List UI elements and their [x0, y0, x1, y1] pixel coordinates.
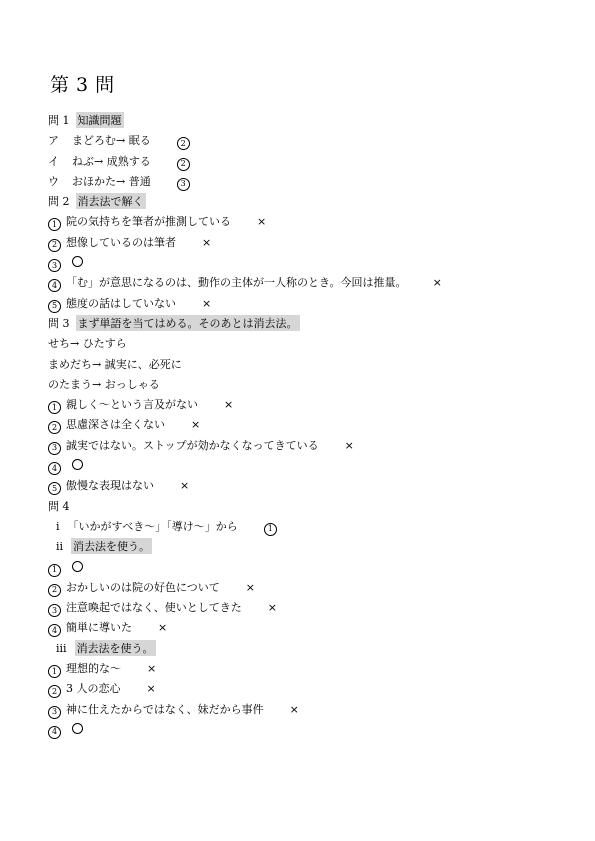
text-line: 問 4 — [48, 497, 585, 517]
line-text: おかしいのは院の好色について — [66, 581, 220, 594]
line-text: 「む」が意思になるのは、動作の主体が一人称のとき。今回は推量。 — [66, 276, 407, 289]
item-number-icon: 4 — [48, 624, 61, 637]
text-line: イねぶ→ 成熟する2 — [48, 152, 585, 172]
highlighted-note: 消去法を使う。 — [75, 640, 156, 656]
text-line: 4 — [48, 720, 585, 740]
text-line: 2想像しているのは筆者× — [48, 233, 585, 253]
line-text: まどろむ→ 眠る — [72, 134, 151, 147]
item-number-icon: 3 — [48, 442, 61, 455]
item-number-icon: 4 — [48, 279, 61, 292]
text-line: のたまう→ おっしゃる — [48, 375, 585, 395]
text-line: 1 — [48, 558, 585, 578]
line-text: 親しく〜という言及がない — [66, 398, 198, 411]
text-line: 5態度の話はしていない× — [48, 294, 585, 314]
line-text: 誠実ではない。ストップが効かなくなってきている — [66, 439, 319, 452]
correct-circle-mark — [72, 723, 83, 734]
line-text: 簡単に導いた — [66, 621, 132, 634]
text-line: iii消去法を使う。 — [48, 639, 585, 659]
text-line: ii消去法を使う。 — [48, 537, 585, 557]
text-line: 2思慮深さは全くない× — [48, 415, 585, 435]
text-line: 1理想的な〜× — [48, 659, 585, 679]
cross-mark: × — [191, 418, 200, 431]
item-number-icon: 5 — [48, 300, 61, 313]
item-number-icon: 1 — [48, 564, 61, 577]
highlighted-note: 消去法で解く — [76, 193, 146, 209]
question-label: 問 3 — [48, 317, 70, 330]
cross-mark: × — [202, 297, 211, 310]
cross-mark: × — [147, 662, 156, 675]
text-line: 4「む」が意思になるのは、動作の主体が一人称のとき。今回は推量。× — [48, 273, 585, 293]
text-line: 3注意喚起ではなく、使いとしてきた× — [48, 598, 585, 618]
line-text: 院の気持ちを筆者が推測している — [66, 215, 231, 228]
item-number-icon: 1 — [48, 665, 61, 678]
highlighted-note: 消去法を使う。 — [71, 538, 152, 554]
text-line: 問 2消去法で解く — [48, 192, 585, 212]
answer-number-icon: 2 — [177, 158, 190, 171]
line-text: ねぶ→ 成熟する — [72, 155, 151, 168]
item-number-icon: 1 — [48, 401, 61, 414]
text-line: せち→ ひたすら — [48, 334, 585, 354]
item-number-icon: 2 — [48, 421, 61, 434]
item-number-icon: 1 — [48, 218, 61, 231]
answer-number-icon: 3 — [177, 178, 190, 191]
item-label: イ — [48, 155, 59, 168]
answer-number-icon: 1 — [264, 523, 277, 536]
text-line: 2おかしいのは院の好色について× — [48, 578, 585, 598]
text-line: 問 3まず単語を当てはめる。そのあとは消去法。 — [48, 314, 585, 334]
line-text: 理想的な〜 — [66, 662, 121, 675]
notes-body: 問 1知識問題アまどろむ→ 眠る2イねぶ→ 成熟する2ウおほかた→ 普通3問 2… — [48, 111, 585, 740]
item-number-icon: 4 — [48, 726, 61, 739]
line-text: まめだち→ 誠実に、必死に — [48, 358, 182, 371]
text-line: 5傲慢な表現はない× — [48, 476, 585, 496]
cross-mark: × — [433, 276, 442, 289]
text-line: 問 1知識問題 — [48, 111, 585, 131]
item-label: ウ — [48, 175, 59, 188]
item-number-icon: 2 — [48, 685, 61, 698]
item-number-icon: 3 — [48, 706, 61, 719]
question-label: 問 2 — [48, 195, 70, 208]
line-text: のたまう→ おっしゃる — [48, 378, 160, 391]
item-label: ii — [56, 540, 63, 553]
page-title: 第 3 問 — [50, 70, 115, 97]
text-line: 4簡単に導いた× — [48, 618, 585, 638]
cross-mark: × — [158, 621, 167, 634]
item-number-icon: 5 — [48, 482, 61, 495]
line-text: 「いかがすべき〜」「導け〜」から — [68, 520, 238, 533]
correct-circle-mark — [72, 561, 83, 572]
cross-mark: × — [257, 215, 266, 228]
highlighted-note: まず単語を当てはめる。そのあとは消去法。 — [76, 315, 300, 331]
text-line: 3神に仕えたからではなく、妹だから事件× — [48, 700, 585, 720]
answer-number-icon: 2 — [177, 137, 190, 150]
text-line: 3 — [48, 253, 585, 273]
line-text: せち→ ひたすら — [48, 337, 127, 350]
text-line: 1親しく〜という言及がない× — [48, 395, 585, 415]
highlighted-note: 知識問題 — [76, 112, 124, 128]
correct-circle-mark — [72, 256, 83, 267]
correct-circle-mark — [72, 459, 83, 470]
line-text: 神に仕えたからではなく、妹だから事件 — [66, 703, 264, 716]
text-line: 23 人の恋心× — [48, 679, 585, 699]
line-text: 注意喚起ではなく、使いとしてきた — [66, 601, 242, 614]
line-text: 3 人の恋心 — [66, 682, 121, 695]
cross-mark: × — [290, 703, 299, 716]
item-number-icon: 2 — [48, 584, 61, 597]
item-number-icon: 4 — [48, 462, 61, 475]
cross-mark: × — [246, 581, 255, 594]
item-number-icon: 3 — [48, 604, 61, 617]
line-text: 思慮深さは全くない — [66, 418, 165, 431]
text-line: ウおほかた→ 普通3 — [48, 172, 585, 192]
text-line: 3誠実ではない。ストップが効かなくなってきている× — [48, 436, 585, 456]
line-text: 傲慢な表現はない — [66, 479, 154, 492]
text-line: 1院の気持ちを筆者が推測している× — [48, 212, 585, 232]
question-label: 問 4 — [48, 500, 70, 513]
text-line: まめだち→ 誠実に、必死に — [48, 355, 585, 375]
line-text: 想像しているのは筆者 — [66, 236, 176, 249]
line-text: 態度の話はしていない — [66, 297, 176, 310]
text-line: i「いかがすべき〜」「導け〜」から1 — [48, 517, 585, 537]
text-line: アまどろむ→ 眠る2 — [48, 131, 585, 151]
item-number-icon: 3 — [48, 259, 61, 272]
cross-mark: × — [180, 479, 189, 492]
item-label: ア — [48, 134, 59, 147]
text-line: 4 — [48, 456, 585, 476]
cross-mark: × — [345, 439, 354, 452]
cross-mark: × — [202, 236, 211, 249]
question-label: 問 1 — [48, 114, 70, 127]
cross-mark: × — [147, 682, 156, 695]
cross-mark: × — [224, 398, 233, 411]
cross-mark: × — [268, 601, 277, 614]
document-page: 第 3 問 問 1知識問題アまどろむ→ 眠る2イねぶ→ 成熟する2ウおほかた→ … — [0, 0, 595, 841]
item-number-icon: 2 — [48, 239, 61, 252]
line-text: おほかた→ 普通 — [72, 175, 151, 188]
item-label: iii — [56, 642, 67, 655]
item-label: i — [56, 520, 60, 533]
